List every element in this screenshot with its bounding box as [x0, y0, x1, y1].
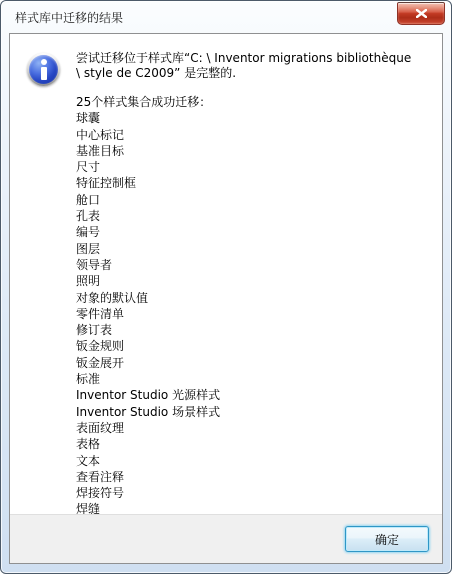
style-item: 特征控制框 — [76, 175, 432, 191]
style-item: 查看注释 — [76, 469, 432, 485]
dialog-body: 尝试迁移位于样式库“C: \ Inventor migrations bibli… — [10, 34, 442, 514]
style-item: Inventor Studio 光源样式 — [76, 387, 432, 403]
style-item: 对象的默认值 — [76, 290, 432, 306]
style-item: 焊缝 — [76, 501, 432, 514]
style-item: 文本 — [76, 453, 432, 469]
titlebar[interactable]: 样式库中迁移的结果 — [1, 1, 451, 33]
style-item: 基准目标 — [76, 143, 432, 159]
message-line-2: \ style de C2009” 是完整的. — [76, 66, 432, 81]
migrated-styles-block: 25个样式集合成功迁移： 球囊 中心标记 基准目标 尺寸 特征控制框 舱口 孔表… — [76, 94, 432, 514]
style-item: 舱口 — [76, 192, 432, 208]
style-item: 表面纹理 — [76, 420, 432, 436]
close-button[interactable] — [397, 2, 445, 25]
close-icon — [416, 9, 427, 18]
style-item: 尺寸 — [76, 159, 432, 175]
style-item: 领导者 — [76, 257, 432, 273]
message-text: 尝试迁移位于样式库“C: \ Inventor migrations bibli… — [76, 51, 432, 81]
window-title: 样式库中迁移的结果 — [15, 9, 123, 26]
summary-text: 25个样式集合成功迁移： — [76, 94, 432, 110]
button-bar: 确定 — [10, 514, 442, 563]
style-item: 表格 — [76, 436, 432, 452]
style-item: 图层 — [76, 241, 432, 257]
style-item: 钣金规则 — [76, 338, 432, 354]
dialog-client-area: 尝试迁移位于样式库“C: \ Inventor migrations bibli… — [9, 33, 443, 564]
style-item: 孔表 — [76, 208, 432, 224]
style-item: 中心标记 — [76, 127, 432, 143]
info-icon-stem — [41, 67, 47, 80]
style-item: 标准 — [76, 371, 432, 387]
style-item: 钣金展开 — [76, 355, 432, 371]
info-icon-ball — [29, 55, 58, 84]
style-item: Inventor Studio 场景样式 — [76, 404, 432, 420]
ok-button[interactable]: 确定 — [345, 526, 429, 552]
style-item: 球囊 — [76, 110, 432, 126]
style-item: 照明 — [76, 273, 432, 289]
style-item: 编号 — [76, 224, 432, 240]
info-icon — [27, 53, 60, 86]
style-item: 焊接符号 — [76, 485, 432, 501]
style-item: 零件清单 — [76, 306, 432, 322]
message-line-1: 尝试迁移位于样式库“C: \ Inventor migrations bibli… — [76, 51, 432, 66]
info-icon-dot — [41, 59, 47, 65]
style-item: 修订表 — [76, 322, 432, 338]
migration-result-dialog: 样式库中迁移的结果 尝试迁移位于样式库“C: \ Inventor migrat… — [0, 0, 452, 574]
